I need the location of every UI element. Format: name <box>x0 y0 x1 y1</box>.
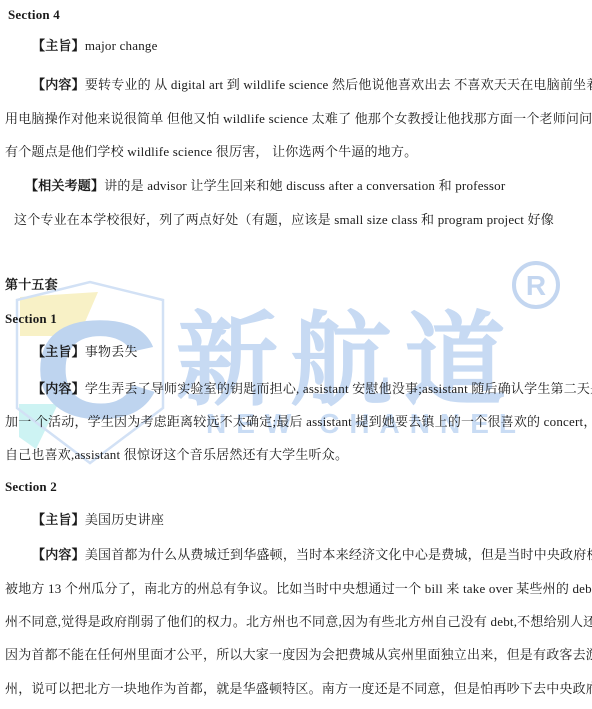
related-questions-line: 【相关考题】讲的是 advisor 让学生回来和她 discuss after … <box>25 178 505 194</box>
content-line: 加一 个活动，学生因为考虑距离较远不太确定;最后 assistant 提到她要去… <box>5 414 592 430</box>
topic-line: 【主旨】major change <box>32 38 158 54</box>
label-zhuzhi: 【主旨】 <box>32 38 85 53</box>
line-text: 学生弄丢了导师实验室的钥匙而担心, assistant 安慰他没事;assist… <box>85 381 592 396</box>
line-text: 讲的是 advisor 让学生回来和她 discuss after a conv… <box>104 178 505 193</box>
content-line: 被地方 13 个州瓜分了，南北方的州总有争议。比如当时中央想通过一个 bill … <box>5 581 592 597</box>
content-line: 有个题点是他们学校 wildlife science 很厉害， 让你选两个牛逼的… <box>5 144 417 160</box>
label-kaoti: 【相关考题】 <box>25 178 104 193</box>
section-heading: Section 2 <box>5 479 57 495</box>
line-text: 用电脑操作对他来说很简单 但他又怕 wildlife science 太难了 他… <box>5 111 592 126</box>
line-text: 自己也喜欢,assistant 很惊讶这个音乐居然还有大学生听众。 <box>5 447 348 462</box>
line-text: 美国历史讲座 <box>85 512 164 527</box>
topic-line: 【主旨】事物丢失 <box>32 344 138 360</box>
line-text: 这个专业在本学校很好，列了两点好处（有题，应该是 small size clas… <box>14 212 554 227</box>
label-neirong: 【内容】 <box>32 547 85 562</box>
line-text: 美国首都为什么从费城迁到华盛顿，当时本来经济文化中心是费城，但是当时中央政府权力… <box>85 547 592 562</box>
line-text: 事物丢失 <box>85 344 138 359</box>
line-text: 被地方 13 个州瓜分了，南北方的州总有争议。比如当时中央想通过一个 bill … <box>5 581 592 596</box>
line-text: 州，说可以把北方一块地作为首都，就是华盛顿特区。南方一度还是不同意，但是怕再吵下… <box>5 681 592 696</box>
label-zhuzhi: 【主旨】 <box>32 344 85 359</box>
set-heading: 第十五套 <box>5 277 58 293</box>
content-line: 州，说可以把北方一块地作为首都，就是华盛顿特区。南方一度还是不同意，但是怕再吵下… <box>5 681 592 697</box>
heading-text: Section 4 <box>8 7 60 22</box>
section-heading: Section 1 <box>5 311 57 327</box>
content-line: 用电脑操作对他来说很简单 但他又怕 wildlife science 太难了 他… <box>5 111 592 127</box>
document-page: C 新航道 NEW CHANNEL R Section 4 【主旨】major … <box>0 0 592 709</box>
label-zhuzhi: 【主旨】 <box>32 512 85 527</box>
line-text: 有个题点是他们学校 wildlife science 很厉害， 让你选两个牛逼的… <box>5 144 417 159</box>
heading-text: Section 1 <box>5 311 57 326</box>
brand-cn-watermark: 新航道 <box>176 304 518 418</box>
section-heading: Section 4 <box>8 7 60 23</box>
heading-text: Section 2 <box>5 479 57 494</box>
line-text: major change <box>85 38 158 53</box>
content-line: 【内容】学生弄丢了导师实验室的钥匙而担心, assistant 安慰他没事;as… <box>32 381 592 397</box>
shield-outline-icon <box>17 282 163 463</box>
content-line: 【内容】美国首都为什么从费城迁到华盛顿，当时本来经济文化中心是费城，但是当时中央… <box>32 547 592 563</box>
content-line: 自己也喜欢,assistant 很惊讶这个音乐居然还有大学生听众。 <box>5 447 348 463</box>
topic-line: 【主旨】美国历史讲座 <box>32 512 164 528</box>
registered-icon: R <box>514 263 558 307</box>
label-neirong: 【内容】 <box>32 381 85 396</box>
content-line: 因为首都不能在任何州里面才公平，所以大家一度因为会把费城从宾州里面独立出来，但是… <box>5 647 592 663</box>
line-text: 因为首都不能在任何州里面才公平，所以大家一度因为会把费城从宾州里面独立出来，但是… <box>5 647 592 662</box>
line-text: 加一 个活动，学生因为考虑距离较远不太确定;最后 assistant 提到她要去… <box>5 414 592 429</box>
related-questions-line: 这个专业在本学校很好，列了两点好处（有题，应该是 small size clas… <box>14 212 554 228</box>
content-line: 【内容】要转专业的 从 digital art 到 wildlife scien… <box>32 77 592 93</box>
svg-text:R: R <box>526 270 546 301</box>
content-line: 州不同意,觉得是政府削弱了他们的权力。北方州也不同意,因为有些北方州自己没有 d… <box>5 614 592 630</box>
label-neirong: 【内容】 <box>32 77 85 92</box>
heading-text: 第十五套 <box>5 277 58 292</box>
line-text: 要转专业的 从 digital art 到 wildlife science 然… <box>85 77 592 92</box>
line-text: 州不同意,觉得是政府削弱了他们的权力。北方州也不同意,因为有些北方州自己没有 d… <box>5 614 592 629</box>
